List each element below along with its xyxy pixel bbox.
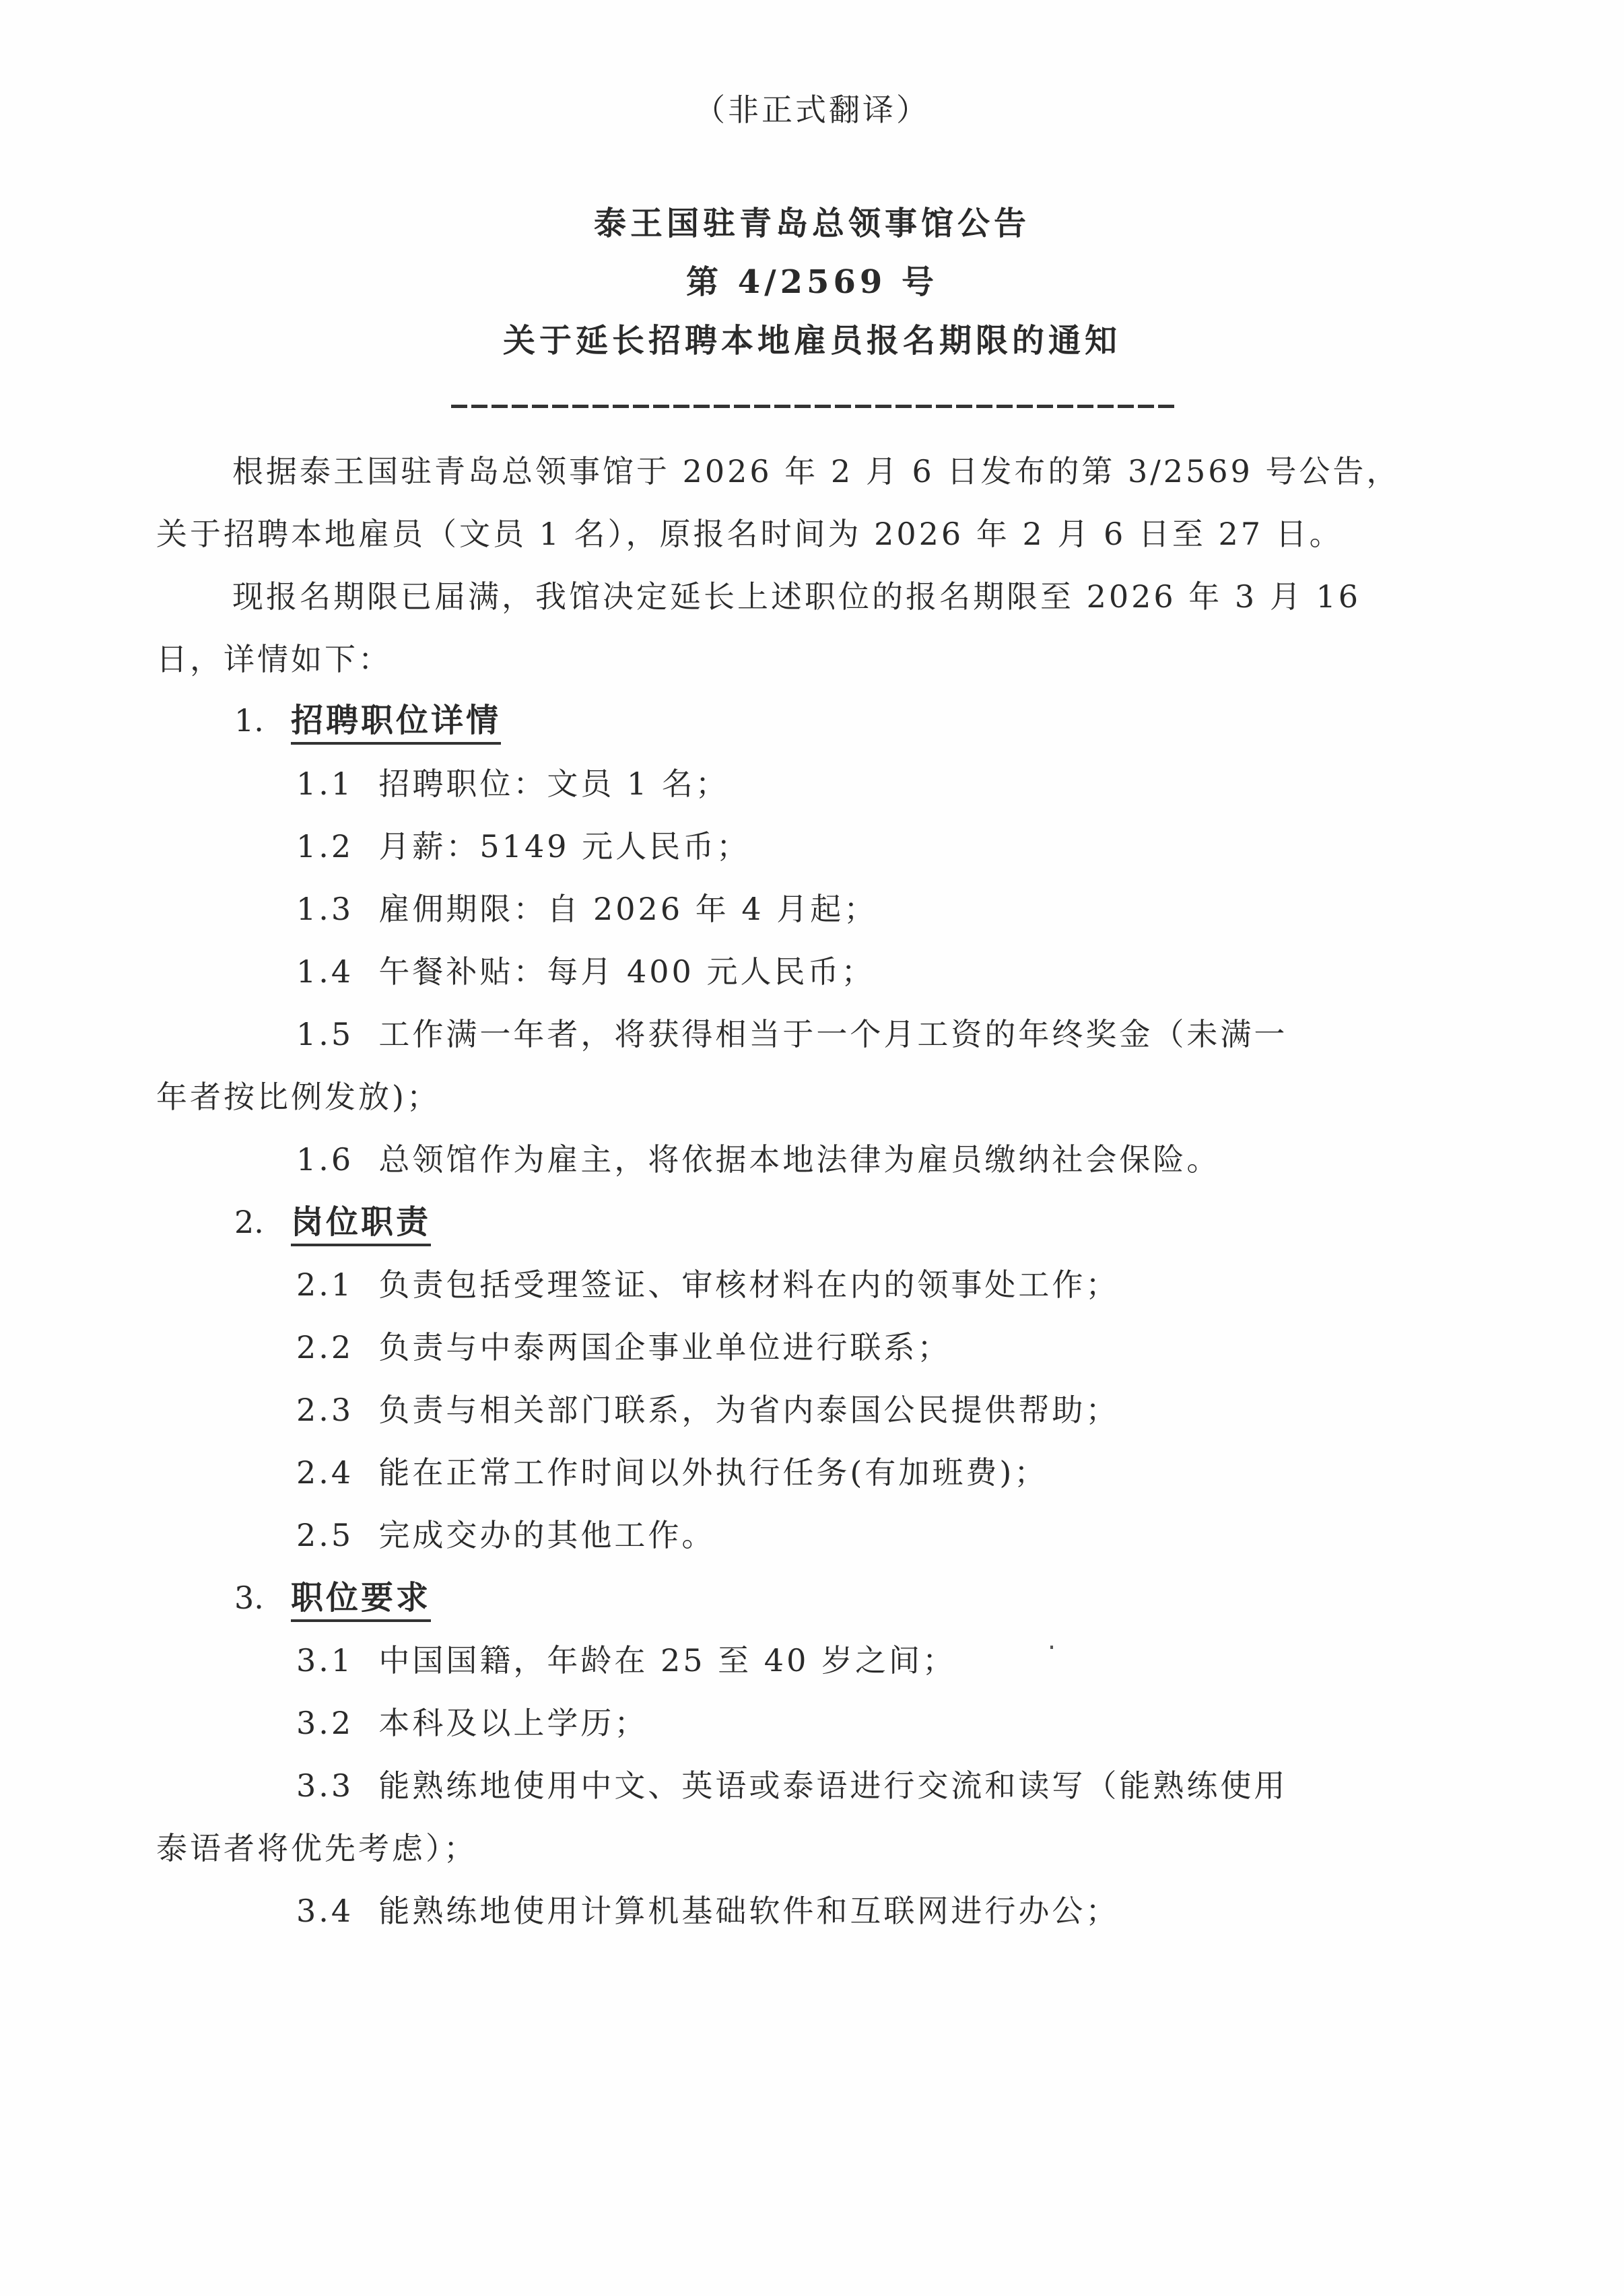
- item-label: 3.1: [296, 1642, 353, 1679]
- intro-paragraph-1-line-2: 关于招聘本地雇员（文员 1 名），原报名时间为 2026 年 2 月 6 日至 …: [156, 514, 1343, 554]
- item-1-5: 1.5 工作满一年者，将获得相当于一个月工资的年终奖金（未满一: [296, 1014, 1287, 1054]
- item-text: 能熟练地使用中文、英语或泰语进行交流和读写（能熟练使用: [378, 1767, 1287, 1804]
- item-label: 3.4: [296, 1893, 353, 1929]
- item-text: 总领馆作为雇主，将依据本地法律为雇员缴纳社会保险。: [378, 1141, 1220, 1178]
- item-label: 1.1: [296, 766, 353, 802]
- item-1-6: 1.6 总领馆作为雇主，将依据本地法律为雇员缴纳社会保险。: [296, 1139, 1220, 1180]
- item-2-4: 2.4 能在正常工作时间以外执行任务(有加班费)；: [296, 1452, 1048, 1493]
- item-3-1: 3.1 中国国籍，年龄在 25 至 40 岁之间；: [296, 1640, 956, 1681]
- item-text: 午餐补贴：每月 400 元人民币；: [378, 953, 875, 990]
- item-label: 1.3: [296, 891, 353, 927]
- announcement-title: 泰王国驻青岛总领事馆公告: [0, 203, 1624, 244]
- item-label: 1.4: [296, 953, 353, 990]
- item-text: 招聘职位：文员 1 名；: [378, 766, 729, 802]
- document-page: （非正式翻译） 泰王国驻青岛总领事馆公告 第 4/2569 号 关于延长招聘本地…: [0, 0, 1624, 2296]
- item-1-4: 1.4 午餐补贴：每月 400 元人民币；: [296, 951, 875, 992]
- item-3-3: 3.3 能熟练地使用中文、英语或泰语进行交流和读写（能熟练使用: [296, 1765, 1287, 1806]
- item-text: 负责与中泰两国企事业单位进行联系；: [378, 1329, 951, 1365]
- item-label: 2.3: [296, 1392, 353, 1428]
- item-text: 雇佣期限：自 2026 年 4 月起；: [378, 891, 877, 927]
- item-label: 1.6: [296, 1141, 353, 1178]
- item-2-3: 2.3 负责与相关部门联系，为省内泰国公民提供帮助；: [296, 1390, 1119, 1430]
- intro-paragraph-1-line-1: 根据泰王国驻青岛总领事馆于 2026 年 2 月 6 日发布的第 3/2569 …: [232, 451, 1400, 492]
- item-2-1: 2.1 负责包括受理签证、审核材料在内的领事处工作；: [296, 1264, 1119, 1305]
- item-text: 月薪：5149 元人民币；: [378, 828, 750, 865]
- item-1-5-continuation: 年者按比例发放)；: [156, 1077, 440, 1117]
- item-1-3: 1.3 雇佣期限：自 2026 年 4 月起；: [296, 889, 877, 929]
- section-1-number: 1.: [234, 700, 264, 741]
- item-text: 能熟练地使用计算机基础软件和互联网进行办公；: [378, 1893, 1119, 1929]
- item-1-1: 1.1 招聘职位：文员 1 名；: [296, 764, 729, 804]
- item-1-2: 1.2 月薪：5149 元人民币；: [296, 826, 750, 867]
- intro-paragraph-2-line-2: 日，详情如下：: [156, 639, 392, 679]
- header-divider: [451, 405, 1178, 408]
- item-text: 完成交办的其他工作。: [378, 1517, 715, 1553]
- item-label: 2.5: [296, 1517, 353, 1553]
- section-1-title: 招聘职位详情: [291, 700, 501, 745]
- announcement-number: 第 4/2569 号: [0, 262, 1624, 302]
- announcement-subject: 关于延长招聘本地雇员报名期限的通知: [0, 320, 1624, 361]
- item-label: 3.2: [296, 1705, 353, 1741]
- unofficial-translation-note: （非正式翻译）: [0, 90, 1624, 130]
- item-2-5: 2.5 完成交办的其他工作。: [296, 1515, 715, 1555]
- item-label: 2.4: [296, 1454, 353, 1491]
- section-3-title: 职位要求: [291, 1578, 431, 1622]
- section-2-number: 2.: [234, 1202, 264, 1242]
- item-3-4: 3.4 能熟练地使用计算机基础软件和互联网进行办公；: [296, 1891, 1119, 1931]
- item-label: 3.3: [296, 1767, 353, 1804]
- item-text: 中国国籍，年龄在 25 至 40 岁之间；: [378, 1642, 956, 1679]
- item-3-2: 3.2 本科及以上学历；: [296, 1703, 648, 1743]
- intro-paragraph-2-line-1: 现报名期限已届满，我馆决定延长上述职位的报名期限至 2026 年 3 月 16: [232, 576, 1361, 617]
- item-label: 2.1: [296, 1267, 353, 1303]
- item-label: 2.2: [296, 1329, 353, 1365]
- item-text: 负责与相关部门联系，为省内泰国公民提供帮助；: [378, 1392, 1119, 1428]
- item-label: 1.2: [296, 828, 353, 865]
- scan-speck: [1050, 1646, 1053, 1649]
- item-text: 负责包括受理签证、审核材料在内的领事处工作；: [378, 1267, 1119, 1303]
- section-3-number: 3.: [234, 1578, 264, 1618]
- item-text: 本科及以上学历；: [378, 1705, 648, 1741]
- item-2-2: 2.2 负责与中泰两国企事业单位进行联系；: [296, 1327, 951, 1368]
- item-text: 能在正常工作时间以外执行任务(有加班费)；: [378, 1454, 1048, 1491]
- item-label: 1.5: [296, 1016, 353, 1052]
- item-text: 工作满一年者，将获得相当于一个月工资的年终奖金（未满一: [378, 1016, 1287, 1052]
- item-3-3-continuation: 泰语者将优先考虑）；: [156, 1828, 477, 1868]
- section-2-title: 岗位职责: [291, 1202, 431, 1246]
